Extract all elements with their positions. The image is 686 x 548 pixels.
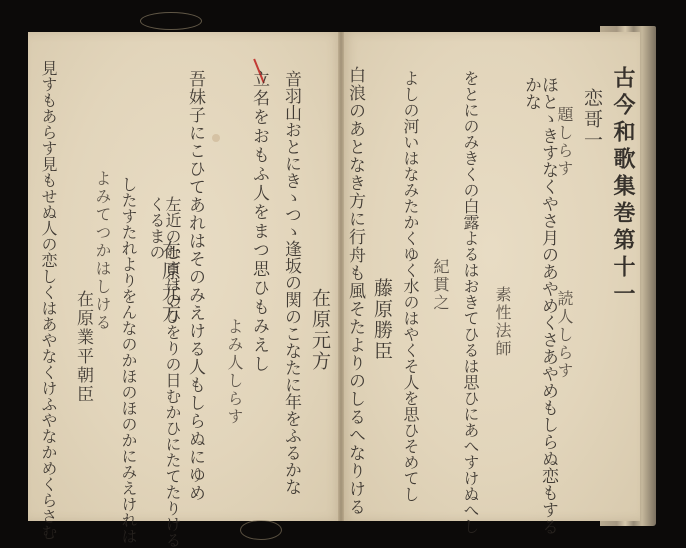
poem-column: ほとゝきすなくやさ月のあやめくさあやめもしらぬ恋もするかな <box>522 76 556 548</box>
author-column: 在原業平朝臣 <box>74 290 91 404</box>
poem-column: よみてつかはしける <box>94 170 110 332</box>
poem-column: 音羽山おとにきゝつゝ逢坂の関のこなたに年をふるかな <box>282 70 299 495</box>
poem-column: 白浪のあとなき方に行舟も風そたよりのしるへなりける <box>346 66 363 516</box>
stain <box>212 134 220 142</box>
section-column: 恋哥一 <box>582 88 601 151</box>
author-column: 素性法師 <box>494 286 510 358</box>
header-column: 題しらす <box>556 106 572 178</box>
poem-column: 吾妹子にこひてあれはそのみえける人もしらぬにゆめ <box>186 70 203 502</box>
author-column: よみ人しらす <box>226 318 242 426</box>
author-column: 読人しらす <box>556 290 572 380</box>
annotation-column: 立名をおもふ人をまつ思ひもみえし <box>250 70 267 374</box>
book-gutter <box>338 32 344 521</box>
poem-column: をとにのみきくの白露よるはおきてひるは思ひにあへすけぬへし <box>462 70 478 534</box>
author-column: 紀貫之 <box>432 258 448 312</box>
poem-column: よしの河いはなみたかくゆく水のはやくそ人を思ひそめてし <box>402 70 418 502</box>
title-column: 古今和歌集巻第十一 <box>612 66 634 309</box>
poem-column: 見すもあらす見もせぬ人の恋しくはあやなくけふやなかめくらさむ <box>40 60 56 540</box>
poem-column: したすたれよりをんなのかほのほのかにみえけれは <box>120 176 136 544</box>
author-column: 藤原勝臣 <box>372 278 391 362</box>
author-column: 在原元方 <box>310 288 329 372</box>
stray-thread <box>240 520 282 540</box>
poem-column: 左近のむまはのひをりの日むかひにたてたりけるくるまの <box>148 196 180 548</box>
stray-thread <box>140 12 202 30</box>
